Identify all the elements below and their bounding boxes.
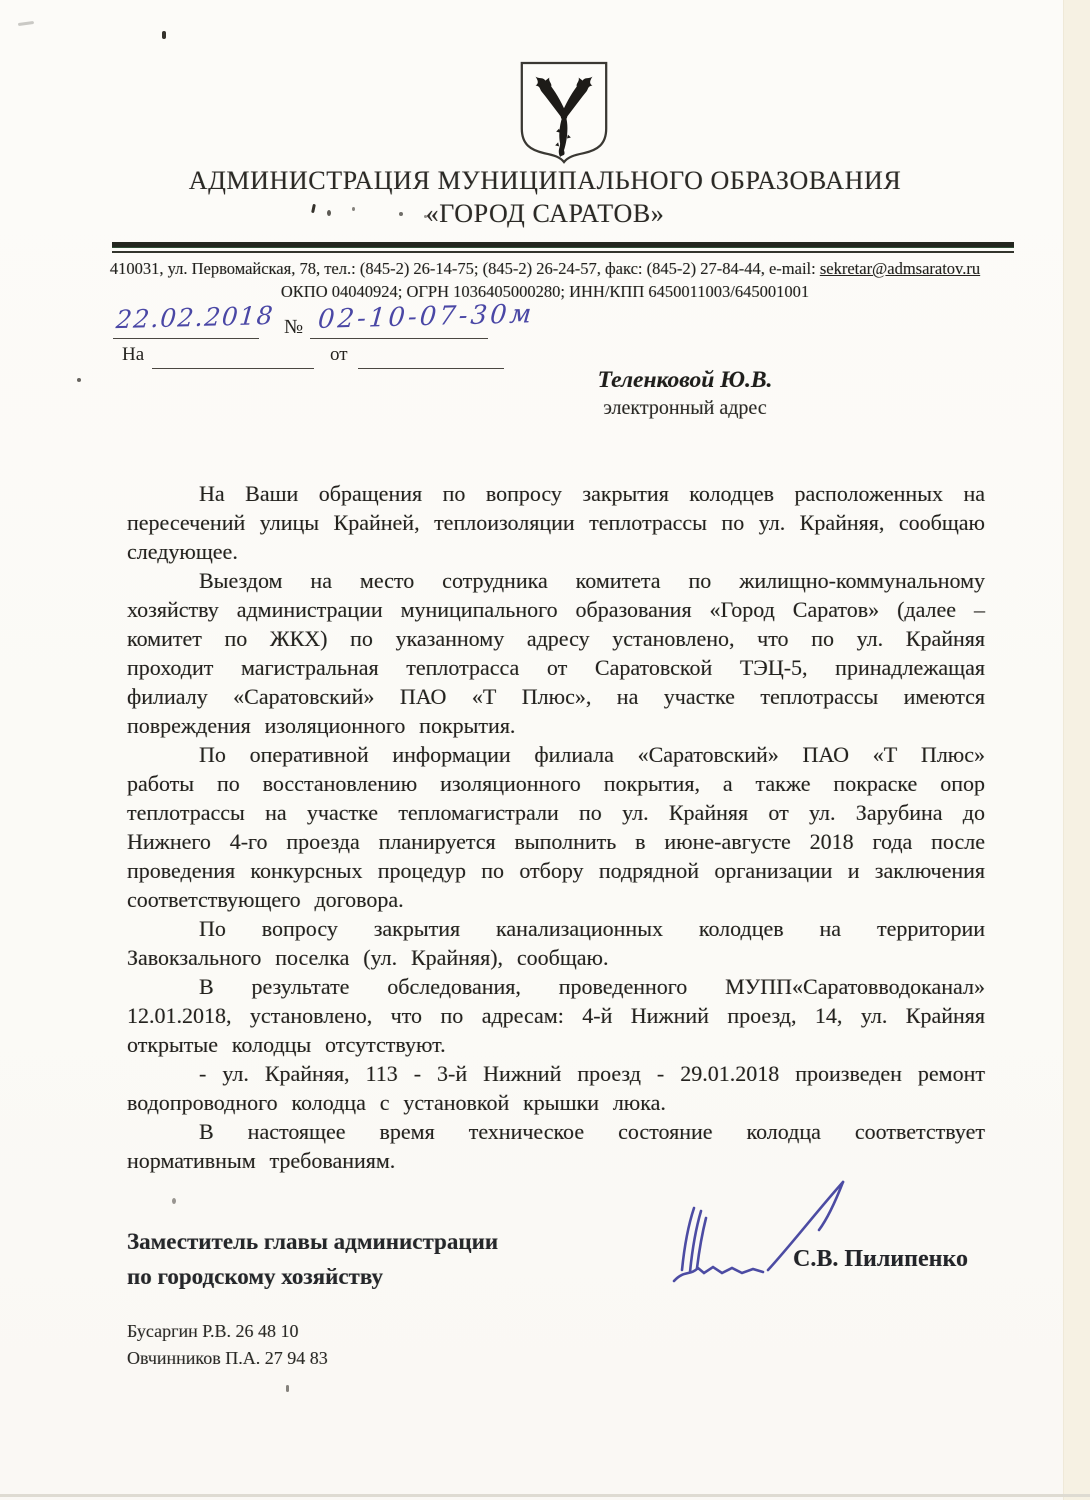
ot-underline (358, 368, 504, 369)
na-underline (152, 368, 314, 369)
signer-name: С.В. Пилипенко (793, 1246, 968, 1273)
letter-body: На Ваши обращения по вопросу закрытия ко… (127, 479, 985, 1175)
letterhead-divider-thin (112, 251, 1014, 253)
executors-block: Бусаргин Р.В. 26 48 10 Овчинников П.А. 2… (127, 1318, 328, 1372)
contact-line1: 410031, ул. Первомайская, 78, тел.: (845… (45, 259, 1045, 279)
body-paragraph: На Ваши обращения по вопросу закрытия ко… (127, 479, 985, 566)
scanned-letter-page: АДМИНИСТРАЦИЯ МУНИЦИПАЛЬНОГО ОБРАЗОВАНИЯ… (0, 0, 1090, 1500)
body-paragraph: По вопросу закрытия канализационных коло… (127, 914, 985, 972)
number-underline (310, 338, 488, 339)
body-paragraph: Выездом на место сотрудника комитета по … (127, 566, 985, 740)
number-sign-label: № (284, 316, 303, 339)
signer-position-line1: Заместитель главы администрации (127, 1224, 607, 1259)
handwritten-number: 02-10-07-30м (317, 299, 536, 335)
scan-speck (77, 378, 81, 382)
ink-smudge (399, 212, 403, 216)
scan-speck (172, 1198, 176, 1204)
body-paragraph: В результате обследования, проведенного … (127, 972, 985, 1059)
scan-speck (286, 1385, 289, 1392)
scan-speck (18, 21, 34, 26)
ot-label: от (330, 344, 348, 366)
ink-smudge (352, 207, 355, 211)
signer-position: Заместитель главы администрации по город… (127, 1224, 607, 1294)
signer-position-line2: по городскому хозяйству (127, 1259, 607, 1294)
handwritten-signature-icon (650, 1178, 890, 1296)
email-text: sekretar@admsaratov.ru (820, 259, 980, 278)
contact-line2: ОКПО 04040924; ОГРН 1036405000280; ИНН/К… (45, 282, 1045, 302)
org-name-line2: «ГОРОД САРАТОВ» (0, 199, 1090, 229)
scan-edge-right (1063, 0, 1090, 1500)
body-paragraph: По оперативной информации филиала «Сарат… (127, 740, 985, 914)
ink-smudge (327, 210, 331, 216)
body-paragraph: В настоящее время техническое состояние … (127, 1117, 985, 1175)
scan-edge-bottom (0, 1494, 1090, 1497)
executor-line: Бусаргин Р.В. 26 48 10 (127, 1318, 328, 1345)
org-name-line1: АДМИНИСТРАЦИЯ МУНИЦИПАЛЬНОГО ОБРАЗОВАНИЯ (0, 166, 1090, 196)
scan-speck (162, 31, 166, 39)
contact-address-phones: 410031, ул. Первомайская, 78, тел.: (845… (110, 259, 820, 278)
executor-line: Овчинников П.А. 27 94 83 (127, 1345, 328, 1372)
date-underline (113, 338, 259, 339)
letterhead-divider-thick (112, 242, 1014, 248)
ink-smudge (424, 215, 427, 218)
recipient-name: Теленковой Ю.В. (540, 367, 830, 394)
body-paragraph: - ул. Крайняя, 113 - 3-й Нижний проезд -… (127, 1059, 985, 1117)
saratov-coat-of-arms-icon (514, 60, 614, 164)
na-label: На (122, 344, 144, 366)
handwritten-date: 22.02.2018 (115, 301, 275, 334)
recipient-subline: электронный адрес (540, 397, 830, 420)
